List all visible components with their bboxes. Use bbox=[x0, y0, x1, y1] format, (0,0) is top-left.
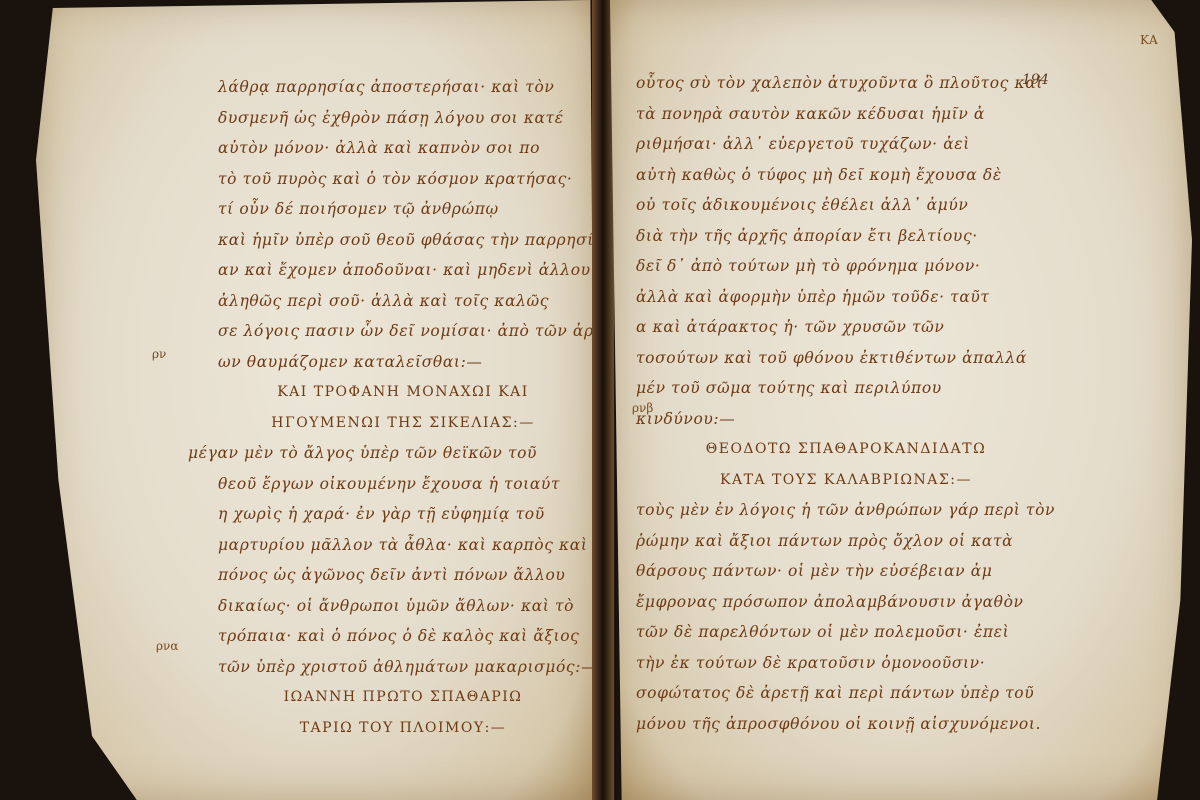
left-page: ρν ρνα λάθρᾳ παρρησίας ἀποστερήσαι· καὶ … bbox=[36, 0, 596, 800]
text-line: μέγαν μὲν τὸ ἄλγος ὑπὲρ τῶν θεϊκῶν τοῦ bbox=[188, 438, 588, 469]
text-line: πόνος ὡς ἀγῶνος δεῖν ἀντὶ πόνων ἄλλου bbox=[218, 560, 588, 591]
text-line: θεοῦ ἔργων οἰκουμένην ἔχουσα ἡ τοιαύτ bbox=[218, 469, 588, 500]
corner-mark: ΚΑ bbox=[1140, 34, 1158, 46]
text-line: ριθμήσαι· ἀλλ᾽ εὐεργετοῦ τυχάζων· ἀεὶ bbox=[636, 129, 1056, 160]
text-line: τί οὖν δέ ποιήσομεν τῷ ἀνθρώπῳ bbox=[218, 194, 588, 225]
text-line: ῥώμην καὶ ἄξιοι πάντων πρὸς ὄχλον οἱ κατ… bbox=[636, 526, 1056, 557]
text-line: η χωρὶς ἡ χαρά· ἐν γὰρ τῇ εὐφημίᾳ τοῦ bbox=[218, 499, 588, 530]
letter-heading: ΗΓΟΥΜΕΝΩΙ ΤΗΣ ΣΙΚΕΛΙΑΣ:— bbox=[218, 408, 588, 439]
text-line: λάθρᾳ παρρησίας ἀποστερήσαι· καὶ τὸν bbox=[218, 72, 588, 103]
text-line: ων θαυμάζομεν καταλεῖσθαι:— bbox=[218, 347, 588, 378]
book-gutter bbox=[592, 0, 614, 800]
text-line: οὐ τοῖς ἀδικουμένοις ἐθέλει ἀλλ᾽ ἀμύν bbox=[636, 190, 1056, 221]
text-line: αὐτὸν μόνον· ἀλλὰ καὶ καπνὸν σοι πο bbox=[218, 133, 588, 164]
text-line: ἀλλὰ καὶ ἀφορμὴν ὑπὲρ ἡμῶν τοῦδε· ταῦτ bbox=[636, 282, 1056, 313]
manuscript-spread: ρν ρνα λάθρᾳ παρρησίας ἀποστερήσαι· καὶ … bbox=[0, 0, 1200, 800]
left-page-text: λάθρᾳ παρρησίας ἀποστερήσαι· καὶ τὸν δυσ… bbox=[218, 72, 588, 743]
marginal-number: ρνα bbox=[156, 640, 178, 652]
text-line: α καὶ ἀτάρακτος ἡ· τῶν χρυσῶν τῶν bbox=[636, 312, 1056, 343]
text-line: ἔμφρονας πρόσωπον ἀπολαμβάνουσιν ἀγαθὸν bbox=[636, 587, 1056, 618]
letter-heading: ΚΑΤΑ ΤΟΥΣ ΚΑΛΑΒΡΙΩΝΑΣ:— bbox=[636, 465, 1056, 496]
letter-heading: ΙΩΑΝΝΗ ΠΡΩΤΟ ΣΠΑΘΑΡΙΩ bbox=[218, 682, 588, 713]
marginal-number: ρν bbox=[152, 348, 166, 360]
text-line: μαρτυρίου μᾶλλον τὰ ἆθλα· καὶ καρπὸς καὶ bbox=[218, 530, 588, 561]
text-line: τῶν δὲ παρελθόντων οἱ μὲν πολεμοῦσι· ἐπε… bbox=[636, 617, 1056, 648]
text-line: τὴν ἐκ τούτων δὲ κρατοῦσιν ὁμονοοῦσιν· bbox=[636, 648, 1056, 679]
text-line: δεῖ δ᾽ ἀπὸ τούτων μὴ τὸ φρόνημα μόνον· bbox=[636, 251, 1056, 282]
text-line: αν καὶ ἔχομεν ἀποδοῦναι· καὶ μηδενὶ ἀλλο… bbox=[218, 255, 588, 286]
text-line: τρόπαια· καὶ ὁ πόνος ὁ δὲ καλὸς καὶ ἄξιο… bbox=[218, 621, 588, 652]
text-line: μόνου τῆς ἀπροσφθόνου οἱ κοινῇ αἰσχυνόμε… bbox=[636, 709, 1056, 740]
text-line: μέν τοῦ σῶμα τούτης καὶ περιλύπου bbox=[636, 373, 1056, 404]
text-line: τὸ τοῦ πυρὸς καὶ ὁ τὸν κόσμον κρατήσας· bbox=[218, 164, 588, 195]
text-line: θάρσους πάντων· οἱ μὲν τὴν εὐσέβειαν ἀμ bbox=[636, 556, 1056, 587]
text-line: τοσούτων καὶ τοῦ φθόνου ἐκτιθέντων ἀπαλλ… bbox=[636, 343, 1056, 374]
right-page-text: οὗτος σὺ τὸν χαλεπὸν ἀτυχοῦντα ὃ πλοῦτος… bbox=[636, 68, 1056, 739]
letter-heading: ΘΕΟΔΟΤΩ ΣΠΑΘΑΡΟΚΑΝΔΙΔΑΤΩ bbox=[636, 434, 1056, 465]
text-line: καὶ ἡμῖν ὑπὲρ σοῦ θεοῦ φθάσας τὴν παρρησ… bbox=[218, 225, 588, 256]
text-line: διὰ τὴν τῆς ἀρχῆς ἀπορίαν ἔτι βελτίους· bbox=[636, 221, 1056, 252]
text-line: δικαίως· οἱ ἄνθρωποι ὑμῶν ἄθλων· καὶ τὸ bbox=[218, 591, 588, 622]
letter-heading: ΤΑΡΙΩ ΤΟΥ ΠΛΟΙΜΟΥ:— bbox=[218, 713, 588, 744]
text-line: σε λόγοις πασιν ὧν δεῖ νομίσαι· ἀπὸ τῶν … bbox=[218, 316, 588, 347]
text-line: δυσμενῆ ὡς ἐχθρὸν πάσῃ λόγου σοι κατέ bbox=[218, 103, 588, 134]
text-line: ἀληθῶς περὶ σοῦ· ἀλλὰ καὶ τοῖς καλῶς bbox=[218, 286, 588, 317]
right-page: 194 ΚΑ ρνβ οὗτος σὺ τὸν χαλεπὸν ἀτυχοῦντ… bbox=[610, 0, 1192, 800]
letter-heading: ΚΑΙ ΤΡΟΦΑΝΗ ΜΟΝΑΧΩΙ ΚΑΙ bbox=[218, 377, 588, 408]
text-line: αὐτὴ καθὼς ὁ τύφος μὴ δεῖ κομὴ ἔχουσα δὲ bbox=[636, 160, 1056, 191]
text-line: σοφώτατος δὲ ἀρετῇ καὶ περὶ πάντων ὑπὲρ … bbox=[636, 678, 1056, 709]
text-line: τὰ πονηρὰ σαυτὸν κακῶν κέδυσαι ἡμῖν ἀ bbox=[636, 99, 1056, 130]
text-line: κινδύνου:— bbox=[636, 404, 1056, 435]
text-line: οὗτος σὺ τὸν χαλεπὸν ἀτυχοῦντα ὃ πλοῦτος… bbox=[636, 68, 1056, 99]
text-line: τῶν ὑπὲρ χριστοῦ ἀθλημάτων μακαρισμός:— bbox=[218, 652, 588, 683]
text-line: τοὺς μὲν ἐν λόγοις ἡ τῶν ἀνθρώπων γάρ πε… bbox=[636, 495, 1056, 526]
